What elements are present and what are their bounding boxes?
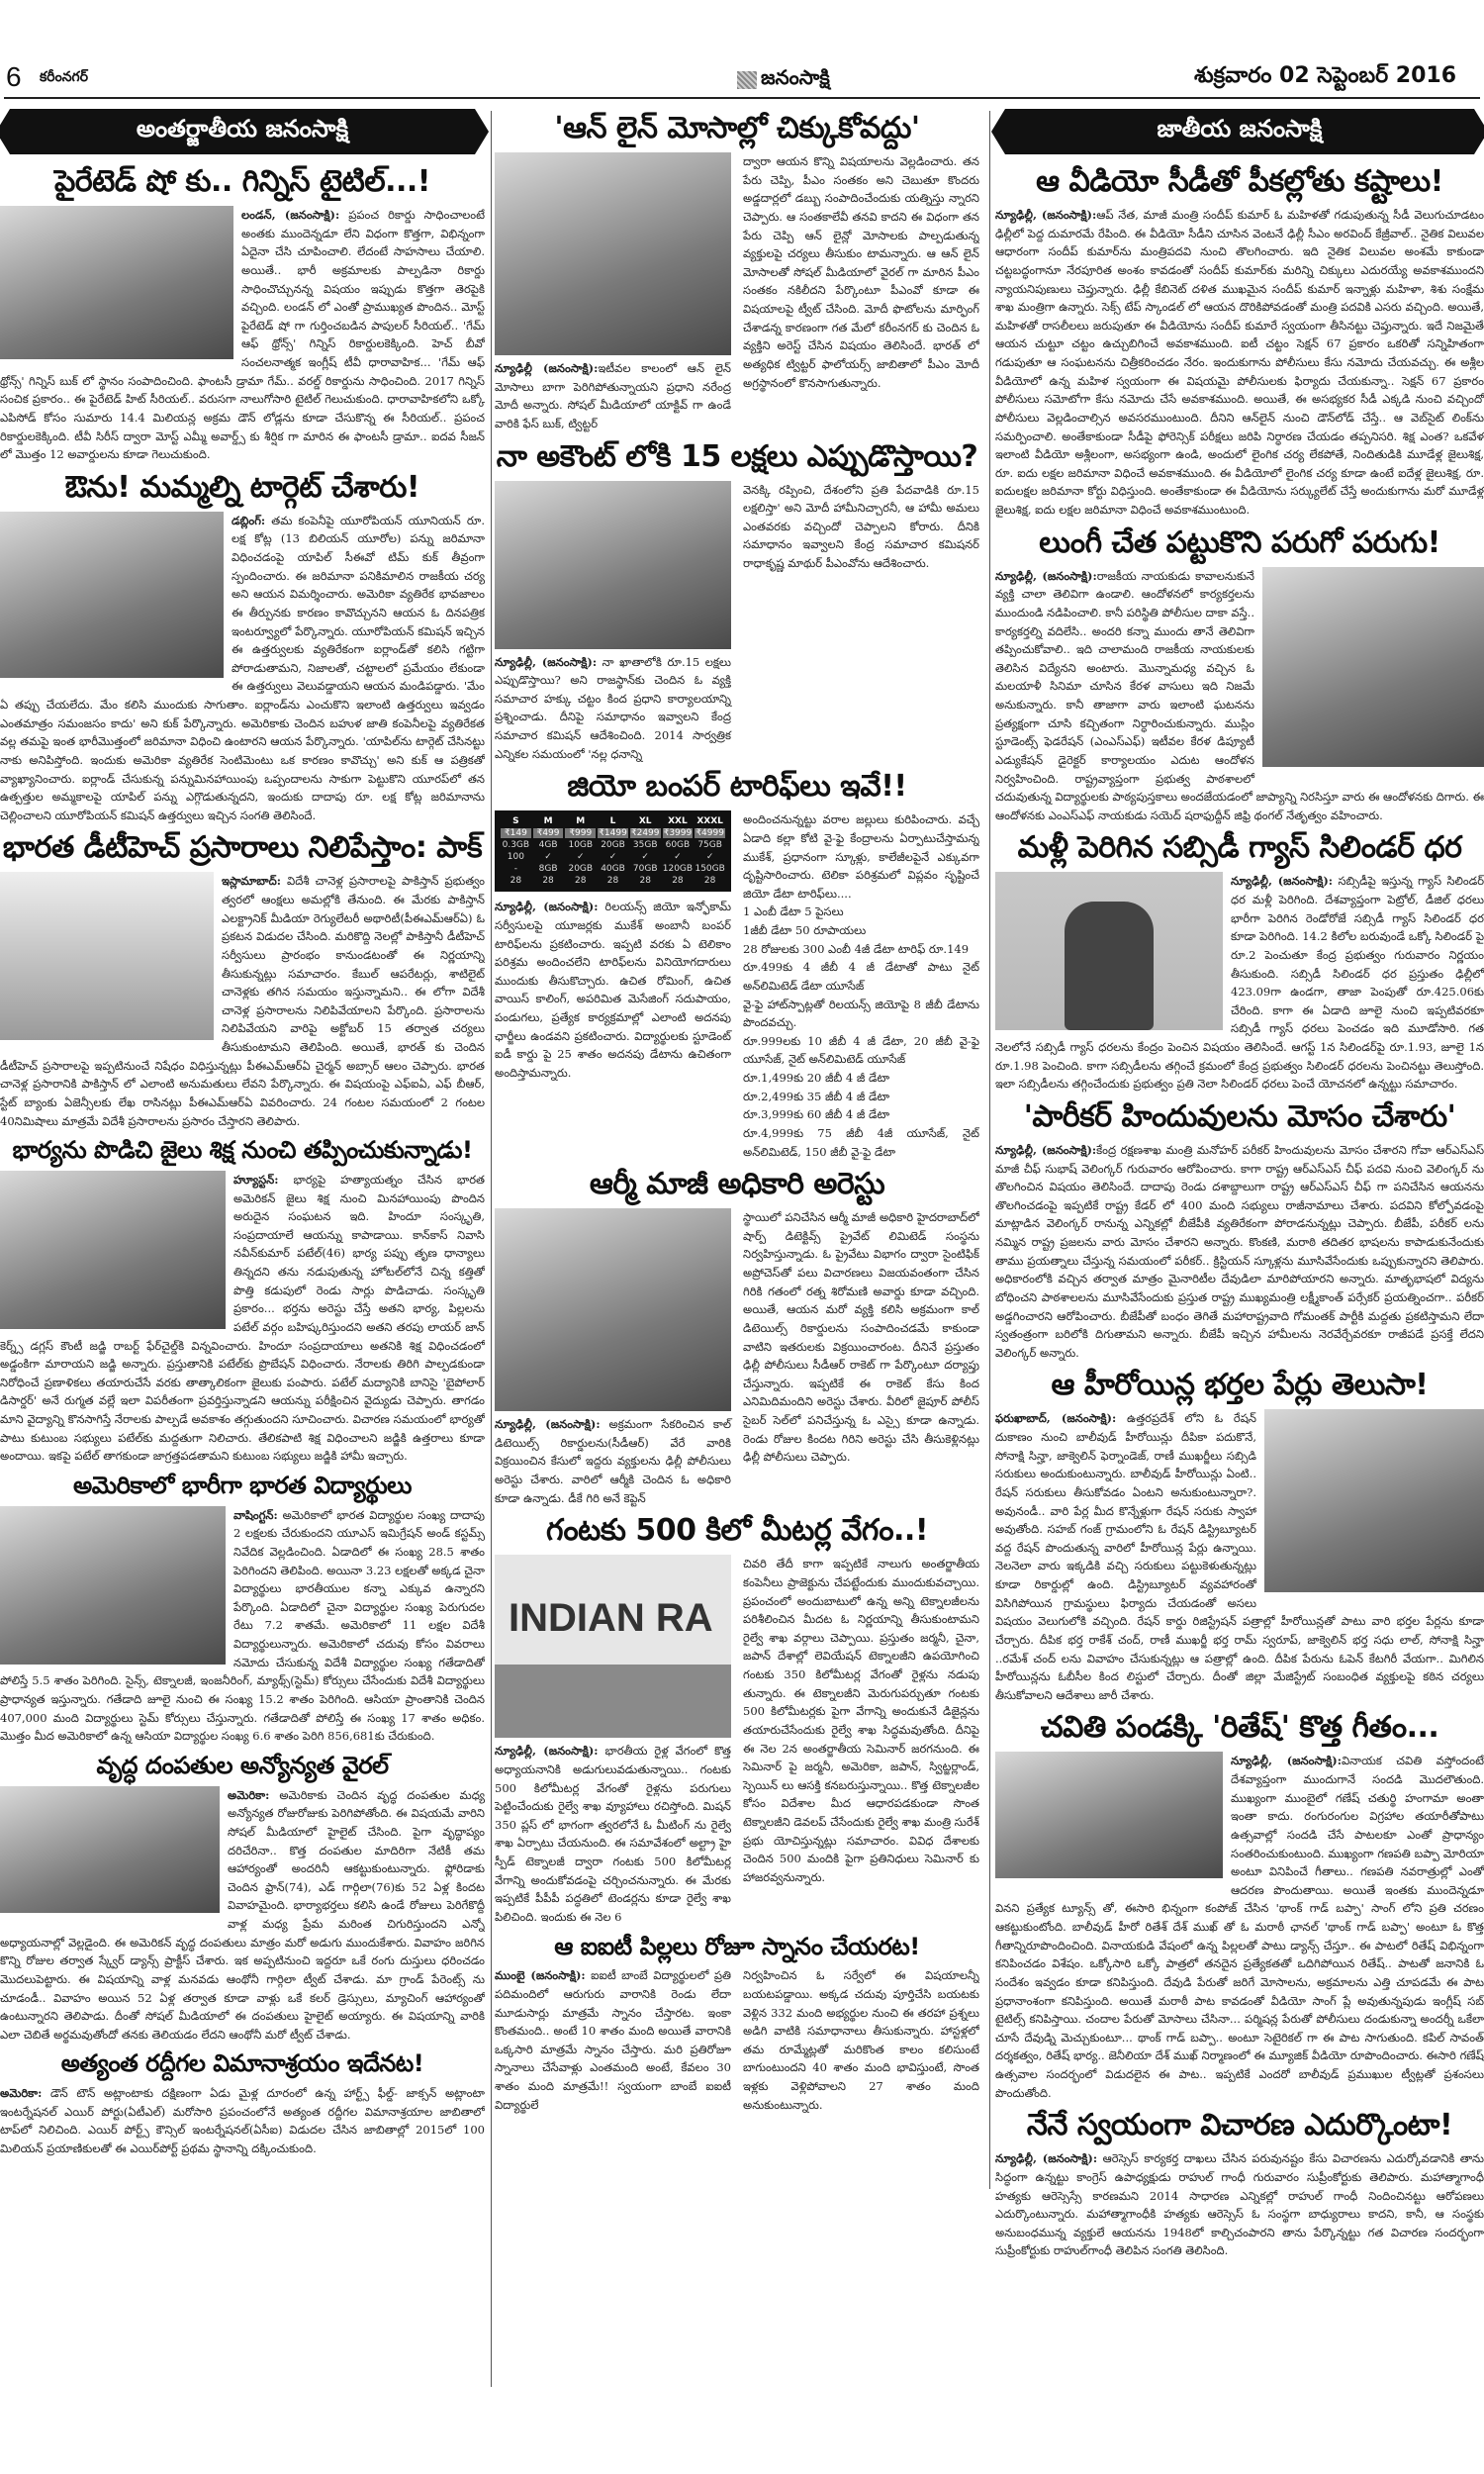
article-body: ఆరెస్సెస్ కార్యకర్త దాఖలు చేసిన పరువునష్…: [995, 2151, 1484, 2257]
column-divider: [491, 111, 492, 2387]
dateline: వాషింగ్టన్:: [233, 1508, 278, 1522]
article-photo: [495, 152, 731, 355]
section-banner-national: జాతీయ జనంసాక్షి: [1005, 109, 1474, 154]
tariff-line: 28 రోజులకు 300 ఎంబీ 4జీ డేటా టారిఫ్ రూ.1…: [743, 940, 979, 959]
headline[interactable]: భార్యను పొడిచి జైలు శిక్ష నుంచి తప్పించు…: [0, 1136, 485, 1165]
headline[interactable]: పైరేటెడ్ షో కు.. గిన్నిస్ టైటిల్...!: [0, 164, 485, 200]
tariff-line: వై-ఫై హాట్‌స్పాట్లతో రిలయన్స్ జియోపై 8 జ…: [743, 996, 979, 1032]
dateline: న్యూఢిల్లీ, (జనంసాక్షి):: [1231, 874, 1333, 888]
article-body: ఆప్ నేత, మాజీ మంత్రి సందీప్ కుమార్ ఓ మహి…: [995, 208, 1484, 517]
masthead-rule: [4, 97, 1480, 99]
dateline: న్యూఢిల్లీ, (జనంసాక్షి):: [995, 2151, 1097, 2165]
headline[interactable]: ఆ హీరోయిన్ల భర్తల పేర్లు తెలుసా!: [995, 1368, 1484, 1403]
photo-caption-text: INDIAN RA: [509, 1596, 713, 1641]
headline[interactable]: చవితి పండక్కి 'రితేష్' కొత్త గీతం...: [995, 1710, 1484, 1746]
article-body: డౌన్ టౌన్ అట్లాంటాకు దక్షిణంగా ఏడు మైళ్ల…: [0, 2086, 485, 2155]
article-photo: [495, 481, 731, 649]
tariff-line: రూ.1,499కు 20 జీబీ 4 జీ డేటా: [743, 1069, 979, 1088]
article-rahul-trial: నేనే స్వయంగా విచారణ ఎదుర్కొంటా! న్యూఢిల్…: [995, 2102, 1484, 2260]
article-photo: [1262, 567, 1484, 767]
article-elderly-couple: వృద్ధ దంపతుల అన్యోన్యత వైరల్ అమెరికా: అమ…: [0, 1746, 485, 2045]
dateline: ఫరుఖాబాద్, (జనంసాక్షి):: [995, 1411, 1116, 1425]
cylinder-shape: [1065, 902, 1154, 1030]
headline[interactable]: భారత డీటీహెచ్ ప్రసారాలు నిలిపేస్తాం: పాక…: [0, 830, 485, 866]
dateline: న్యూఢిల్లీ, (జనంసాక్షి):: [495, 1744, 599, 1758]
section-banner-international: అంతర్జాతీయ జనంసాక్షి: [10, 109, 475, 154]
article-lungi-run: లుంగీ చేత పట్టుకొని పరుగో పరుగు! న్యూఢిల…: [995, 520, 1484, 825]
tariff-line: రూ.3,999కు 60 జీబీ 4 జీ డేటా: [743, 1105, 979, 1124]
international-news-column: అంతర్జాతీయ జనంసాక్షి పైరేటెడ్ షో కు.. గి…: [0, 105, 485, 2158]
page-number: 6: [6, 61, 22, 93]
dateline: న్యూఢిల్లీ, (జనంసాక్షి):: [495, 900, 599, 913]
dateline: న్యూఢిల్లీ, (జనంసాక్షి):: [1231, 1754, 1342, 1767]
article-photo: [0, 512, 224, 678]
dateline: న్యూఢిల్లీ, (జనంసాక్షి):: [495, 655, 597, 669]
dateline: ఇస్లామాబాద్:: [222, 874, 281, 888]
tariff-line: 1 ఎంబీ డేటా 5 పైసలు: [743, 903, 979, 921]
article-video-cd: ఆ వీడియో సీడీతో పీకల్లోతు కష్టాలు! న్యూఢ…: [995, 158, 1484, 520]
headline[interactable]: 'పారీకర్ హిందువులను మోసం చేశారు': [995, 1099, 1484, 1135]
headline[interactable]: ఔను! మమ్మల్ని టార్గెట్ చేశారు!: [0, 470, 485, 506]
dateline: లండన్, (జనంసాక్షి):: [241, 208, 339, 222]
article-apple-target: ఔను! మమ్మల్ని టార్గెట్ చేశారు! డబ్లింగ్:…: [0, 464, 485, 825]
article-photo: [0, 872, 214, 1040]
article-photo: INDIAN RA: [495, 1555, 731, 1738]
tariff-line: రూ.2,499కు 35 జీబీ 4 జీ డేటా: [743, 1088, 979, 1106]
headline[interactable]: అత్యంత రద్దీగల విమానాశ్రయం ఇదేనట!: [0, 2049, 485, 2078]
article-body-continued: స్థాయిలో పనిచేసిన ఆర్మీ మాజీ అధికారి హైద…: [743, 1208, 979, 1507]
article-parrikar: 'పారీకర్ హిందువులను మోసం చేశారు' న్యూఢిల…: [995, 1094, 1484, 1363]
dateline: డబ్లింగ్:: [232, 514, 265, 527]
headline[interactable]: నా అకౌంట్ లోకి 15 లక్షలు ఎప్పుడొస్తాయి?: [495, 439, 979, 475]
dateline: న్యూఢిల్లీ, (జనంసాక్షి):: [995, 1143, 1096, 1157]
article-body: ఐఐటీ బాంబే విద్యార్థులలో ప్రతి పదిమందిలో…: [495, 1968, 731, 2111]
issue-date: శుక్రవారం 02 సెప్టెంబర్ 2016: [1194, 63, 1456, 93]
headline[interactable]: నేనే స్వయంగా విచారణ ఎదుర్కొంటా!: [995, 2108, 1484, 2143]
headline[interactable]: 'ఆన్ లైన్ మోసాల్లో చిక్కుకోవద్దు': [495, 111, 979, 146]
dateline: అమెరికా:: [228, 1788, 269, 1802]
tariff-line: రూ.499కు 4 జీబీ 4 జీ డేటాతో పాటు నైట్ అన…: [743, 958, 979, 995]
article-photo: [995, 872, 1223, 1030]
dateline: న్యూఢిల్లీ, (జనంసాక్షి):: [995, 569, 1097, 583]
headline[interactable]: జియో బంపర్ టారిఫ్‌లు ఇవే!!: [495, 769, 979, 805]
article-online-fraud: 'ఆన్ లైన్ మోసాల్లో చిక్కుకోవద్దు' న్యూఢి…: [495, 105, 979, 433]
headline[interactable]: ఆ వీడియో సీడీతో పీకల్లోతు కష్టాలు!: [995, 164, 1484, 200]
article-photo: [0, 1506, 226, 1665]
article-body: రిలయన్స్ జియో ఇన్ఫోకామ్ సర్వీసులపై యూజర్…: [495, 900, 731, 1080]
article-body: నా ఖాతాలోకి రూ.15 లక్షలు ఎప్పుడొస్తాయి? …: [495, 655, 731, 761]
article-body: భారతీయ రైళ్ల వేగంలో కొత్త అధ్యాయనానికి అ…: [495, 1744, 731, 1924]
headline[interactable]: ఆర్మీ మాజీ అధికారి అరెస్టు: [495, 1167, 979, 1202]
dateline: న్యూఢిల్లీ, (జనంసాక్షి):: [995, 208, 1096, 222]
article-wife-stabbing: భార్యను పొడిచి జైలు శిక్ష నుంచి తప్పించు…: [0, 1130, 485, 1466]
article-gas-cylinder: మళ్లీ పెరిగిన సబ్సిడీ గ్యాస్ సిలిండర్ ధర…: [995, 824, 1484, 1094]
article-busiest-airport: అత్యంత రద్దీగల విమానాశ్రయం ఇదేనట! అమెరిక…: [0, 2044, 485, 2157]
middle-news-column: 'ఆన్ లైన్ మోసాల్లో చిక్కుకోవద్దు' న్యూఢి…: [495, 105, 979, 2114]
headline[interactable]: వృద్ధ దంపతుల అన్యోన్యత వైరల్: [0, 1752, 485, 1780]
headline[interactable]: ఆ ఐఐటీ పిల్లలు రోజూ స్నానం చేయరట!: [495, 1933, 979, 1961]
article-body-continued: అందించనున్నట్టు వరాల జల్లులు కురిపించారు…: [743, 810, 979, 903]
tariff-line: 1జీబీ డేటా 50 రూపాయలు: [743, 921, 979, 940]
article-photo: [495, 1208, 731, 1411]
article-500kmph-trains: గంటకు 500 కిలో మీటర్ల వేగం..! INDIAN RA …: [495, 1507, 979, 1926]
masthead: 6 కరీంనగర్ జనంసాక్షి శుక్రవారం 02 సెప్టె…: [0, 0, 1484, 99]
column-divider: [989, 111, 990, 2189]
article-iit-bath: ఆ ఐఐటీ పిల్లలు రోజూ స్నానం చేయరట! ముంబై …: [495, 1927, 979, 2115]
article-photo: [0, 1171, 226, 1329]
article-indian-students-us: అమెరికాలో భారీగా భారత విద్యార్థులు వాషిం…: [0, 1466, 485, 1746]
article-body-continued: చివరి తేదీ కాగా ఇప్పటికే నాలుగు అంతర్జాత…: [743, 1555, 979, 1926]
jio-tariff-table: SMMLXLXXLXXXL ₹149₹499₹999₹1499₹2499₹399…: [495, 810, 731, 892]
headline[interactable]: లుంగీ చేత పట్టుకొని పరుగో పరుగు!: [995, 525, 1484, 561]
article-body-continued: వెనక్కి రప్పించి, దేశంలోని ప్రతి పేదవాడి…: [743, 481, 979, 764]
national-news-column: జాతీయ జనంసాక్షి ఆ వీడియో సీడీతో పీకల్లోత…: [995, 105, 1484, 2260]
article-heroines-husbands: ఆ హీరోయిన్ల భర్తల పేర్లు తెలుసా! ఫరుఖాబా…: [995, 1362, 1484, 1704]
dateline: హ్యూస్టన్:: [233, 1173, 279, 1187]
article-jio-tariffs: జియో బంపర్ టారిఫ్‌లు ఇవే!! SMMLXLXXLXXXL…: [495, 763, 979, 1161]
dateline: అమెరికా:: [0, 2086, 42, 2100]
article-15-lakhs: నా అకౌంట్ లోకి 15 లక్షలు ఎప్పుడొస్తాయి? …: [495, 433, 979, 764]
logo-text: జనంసాక్షి: [761, 65, 830, 94]
article-game-of-thrones: పైరేటెడ్ షో కు.. గిన్నిస్ టైటిల్...! లండ…: [0, 158, 485, 464]
tariff-line: రూ.4,999కు 75 జీబీ 4జీ యూసేజ్, నైట్ అన్‌…: [743, 1124, 979, 1161]
article-photo: [0, 1786, 220, 1913]
article-riteish-song: చవితి పండక్కి 'రితేష్' కొత్త గీతం... న్య…: [995, 1704, 1484, 2102]
article-photo: [995, 1752, 1223, 1878]
article-photo: [1264, 1409, 1484, 1592]
article-photo: [0, 206, 233, 359]
tariff-line: రూ.999లకు 10 జీబీ 4 జీ డేటా, 20 జీబీ వై-…: [743, 1032, 979, 1069]
article-army-officer-arrest: ఆర్మీ మాజీ అధికారి అరెస్టు న్యూఢిల్లీ, (…: [495, 1161, 979, 1507]
edition-name: కరీంనగర్: [40, 69, 88, 88]
dateline: ముంబై (జనంసాక్షి):: [495, 1968, 586, 1982]
article-body-continued: ద్వారా ఆయన కొన్ని విషయాలను వెల్లడించారు.…: [743, 152, 979, 433]
article-body-continued: నిర్వహించిన ఓ సర్వేలో ఈ విషయాలన్నీ బయటపడ…: [743, 1966, 979, 2114]
newspaper-logo[interactable]: జనంసాక్షి: [737, 65, 830, 94]
headline[interactable]: అమెరికాలో భారీగా భారత విద్యార్థులు: [0, 1472, 485, 1500]
article-body: కేంద్ర రక్షణశాఖ మంత్రి మనోహర్ పరీకర్ హిం…: [995, 1143, 1484, 1360]
headline[interactable]: గంటకు 500 కిలో మీటర్ల వేగం..!: [495, 1513, 979, 1549]
article-pak-dth: భారత డీటీహెచ్ ప్రసారాలు నిలిపేస్తాం: పాక…: [0, 824, 485, 1130]
dateline: న్యూఢిల్లీ (జనంసాక్షి):: [495, 361, 598, 375]
headline[interactable]: మళ్లీ పెరిగిన సబ్సిడీ గ్యాస్ సిలిండర్ ధర: [995, 830, 1484, 866]
logo-icon: [737, 71, 757, 89]
dateline: న్యూఢిల్లీ, (జనంసాక్షి):: [495, 1417, 601, 1431]
